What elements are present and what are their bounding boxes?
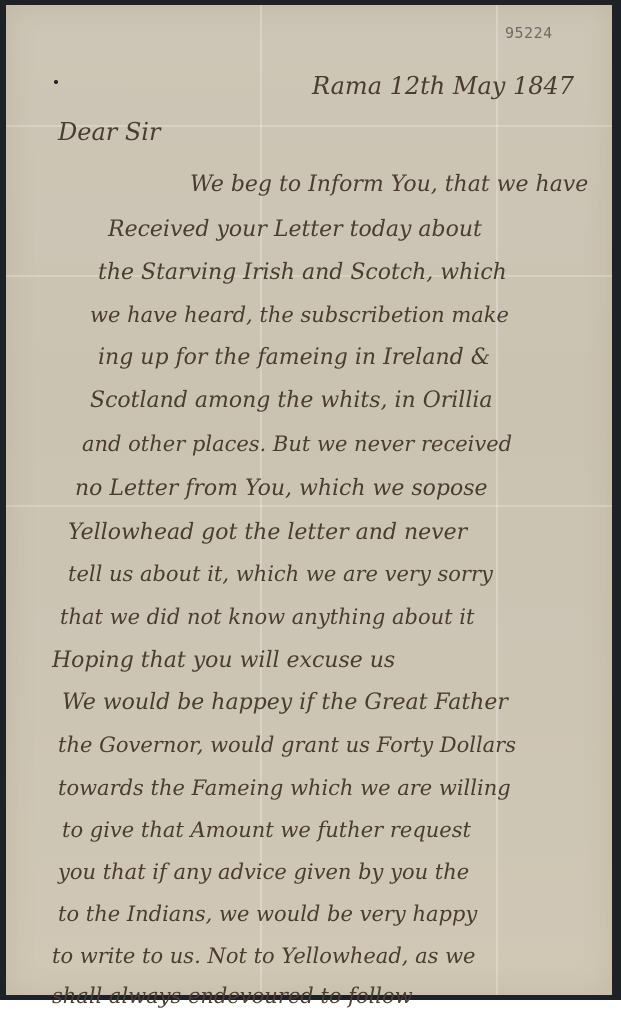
salutation: Dear Sir	[58, 118, 160, 146]
scan-frame: 95224 Rama 12th May 1847 Dear Sir We beg…	[0, 0, 621, 1000]
body-line: to the Indians, we would be very happy	[58, 902, 477, 926]
paper-fold-horizontal	[6, 505, 612, 507]
archive-stamp-number: 95224	[505, 24, 553, 42]
body-line: towards the Fameing which we are willing	[58, 776, 511, 800]
body-line: ing up for the fameing in Ireland &	[98, 345, 490, 370]
body-line: no Letter from You, which we sopose	[75, 476, 488, 501]
body-line: shall always endevoured to follow	[52, 984, 413, 1008]
body-line: We would be happey if the Great Father	[62, 690, 508, 715]
body-line: we have heard, the subscribetion make	[90, 303, 509, 327]
body-line: the Starving Irish and Scotch, which	[98, 260, 507, 285]
body-line: We beg to Inform You, that we have	[190, 172, 588, 197]
body-line: and other places. But we never received	[82, 432, 512, 456]
ink-dot	[54, 80, 58, 84]
dateline: Rama 12th May 1847	[312, 72, 574, 100]
body-line: Yellowhead got the letter and never	[68, 520, 467, 545]
paper-fold-vertical	[496, 5, 498, 995]
body-line: the Governor, would grant us Forty Dolla…	[58, 733, 516, 757]
body-line: you that if any advice given by you the	[58, 860, 469, 884]
body-line: Hoping that you will excuse us	[52, 648, 395, 673]
body-line: Received your Letter today about	[108, 217, 482, 242]
body-line: to write to us. Not to Yellowhead, as we	[52, 944, 476, 968]
body-line: tell us about it, which we are very sorr…	[68, 562, 493, 586]
body-line: Scotland among the whits, in Orillia	[90, 388, 493, 413]
body-line: that we did not know anything about it	[60, 605, 474, 629]
body-line: to give that Amount we futher request	[62, 818, 471, 842]
